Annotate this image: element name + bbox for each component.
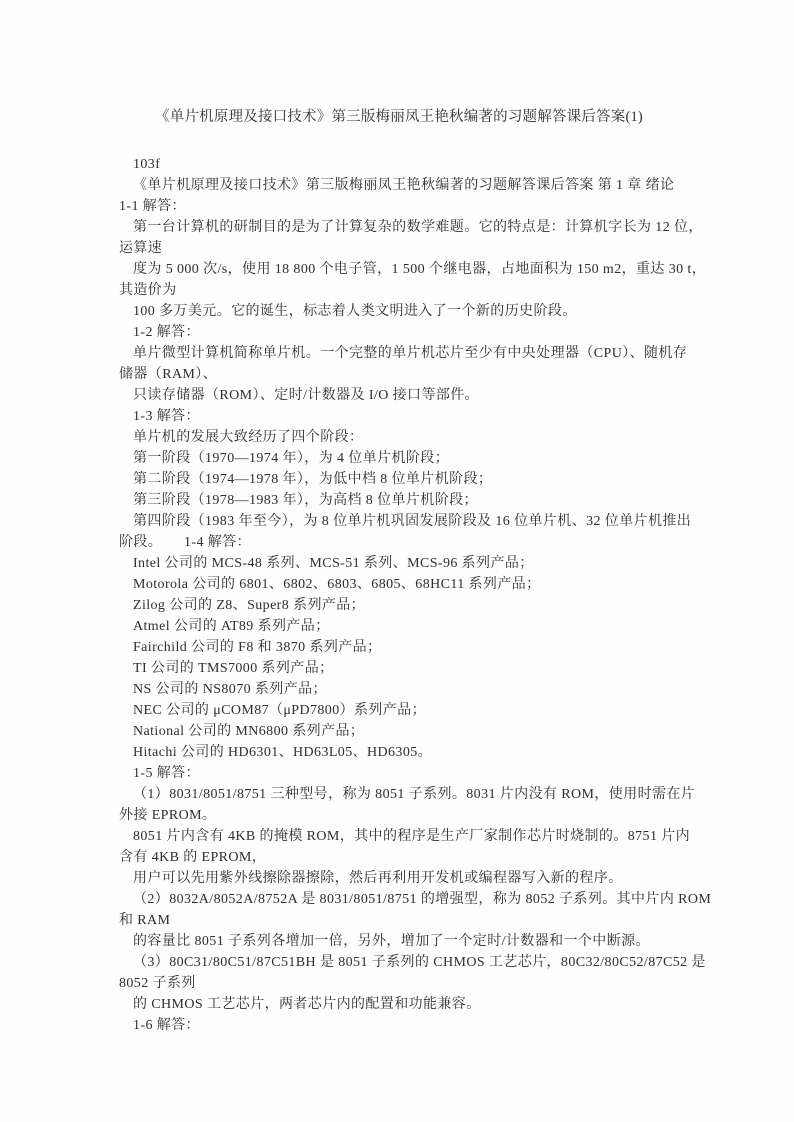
text-line: 8052 子系列: [119, 973, 679, 994]
text-line: 1-1 解答：: [119, 196, 679, 217]
text-line: 1-3 解答：: [119, 406, 679, 427]
text-line: Fairchild 公司的 F8 和 3870 系列产品；: [119, 637, 679, 658]
text-line: Zilog 公司的 Z8、Super8 系列产品；: [119, 595, 679, 616]
document-body: 103f 《单片机原理及接口技术》第三版梅丽凤王艳秋编著的习题解答课后答案 第 …: [119, 154, 679, 1036]
text-line: Hitachi 公司的 HD6301、HD63L05、HD6305。: [119, 742, 679, 763]
text-line: 储器（RAM）、: [119, 364, 679, 385]
text-line: National 公司的 MN6800 系列产品；: [119, 721, 679, 742]
text-line: 第三阶段（1978—1983 年），为高档 8 位单片机阶段；: [119, 490, 679, 511]
text-line: （3）80C31/80C51/87C51BH 是 8051 子系列的 CHMOS…: [119, 952, 679, 973]
text-line: 的容量比 8051 子系列各增加一倍，另外，增加了一个定时/计数器和一个中断源。: [119, 931, 679, 952]
text-line: 阶段。 1-4 解答：: [119, 532, 679, 553]
text-line: 100 多万美元。它的诞生，标志着人类文明进入了一个新的历史阶段。: [119, 301, 679, 322]
text-line: TI 公司的 TMS7000 系列产品；: [119, 658, 679, 679]
title-gap: [119, 128, 679, 154]
text-line: Motorola 公司的 6801、6802、6803、6805、68HC11 …: [119, 574, 679, 595]
text-line: 第四阶段（1983 年至今），为 8 位单片机巩固发展阶段及 16 位单片机、3…: [119, 511, 679, 532]
text-line: 运算速: [119, 238, 679, 259]
text-line: NS 公司的 NS8070 系列产品；: [119, 679, 679, 700]
text-line: 只读存储器（ROM）、定时/计数器及 I/O 接口等部件。: [119, 385, 679, 406]
text-line: 含有 4KB 的 EPROM，: [119, 847, 679, 868]
text-line: 第一台计算机的研制目的是为了计算复杂的数学难题。它的特点是：计算机字长为 12 …: [119, 217, 679, 238]
document-title: 《单片机原理及接口技术》第三版梅丽凤王艳秋编著的习题解答课后答案(1): [119, 107, 679, 128]
text-line: 单片机的发展大致经历了四个阶段：: [119, 427, 679, 448]
text-line: 外接 EPROM。: [119, 805, 679, 826]
text-line: Intel 公司的 MCS-48 系列、MCS-51 系列、MCS-96 系列产…: [119, 553, 679, 574]
text-line: 的 CHMOS 工艺芯片，两者芯片内的配置和功能兼容。: [119, 994, 679, 1015]
text-line: Atmel 公司的 AT89 系列产品；: [119, 616, 679, 637]
text-line: 第一阶段（1970—1974 年），为 4 位单片机阶段；: [119, 448, 679, 469]
text-line: 1-6 解答：: [119, 1015, 679, 1036]
text-line: 度为 5 000 次/s，使用 18 800 个电子管，1 500 个继电器，占…: [119, 259, 679, 280]
text-line: 103f: [119, 154, 679, 175]
text-line: 第二阶段（1974—1978 年），为低中档 8 位单片机阶段；: [119, 469, 679, 490]
text-line: 1-2 解答：: [119, 322, 679, 343]
text-line: 用户可以先用紫外线擦除器擦除，然后再利用开发机或编程器写入新的程序。: [119, 868, 679, 889]
text-line: NEC 公司的 μCOM87（μPD7800）系列产品；: [119, 700, 679, 721]
document-page: 《单片机原理及接口技术》第三版梅丽凤王艳秋编著的习题解答课后答案(1) 103f…: [0, 0, 794, 1122]
text-line: （2）8032A/8052A/8752A 是 8031/8051/8751 的增…: [119, 889, 679, 910]
text-line: 其造价为: [119, 280, 679, 301]
text-line: 8051 片内含有 4KB 的掩模 ROM，其中的程序是生产厂家制作芯片时烧制的…: [119, 826, 679, 847]
text-line: 和 RAM: [119, 910, 679, 931]
text-line: 《单片机原理及接口技术》第三版梅丽凤王艳秋编著的习题解答课后答案 第 1 章 绪…: [119, 175, 679, 196]
text-line: （1）8031/8051/8751 三种型号，称为 8051 子系列。8031 …: [119, 784, 679, 805]
text-line: 1-5 解答：: [119, 763, 679, 784]
text-line: 单片微型计算机简称单片机。一个完整的单片机芯片至少有中央处理器（CPU）、随机存: [119, 343, 679, 364]
document-content: 《单片机原理及接口技术》第三版梅丽凤王艳秋编著的习题解答课后答案(1) 103f…: [119, 107, 679, 1036]
